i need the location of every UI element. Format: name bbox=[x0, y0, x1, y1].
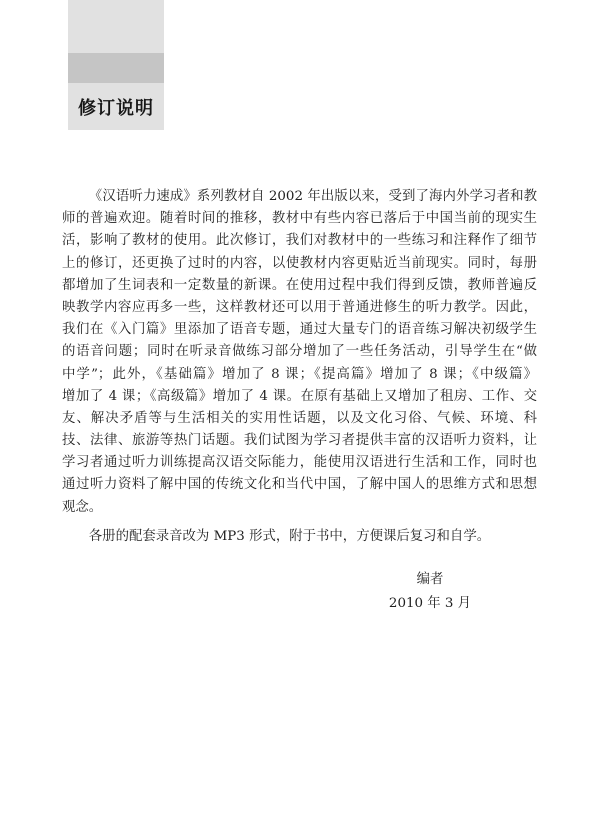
paragraph-line: 活，影响了教材的使用。此次修订，我们对教材中的一些练习和注释作了细节 bbox=[62, 230, 537, 252]
paragraph-line: 观念。 bbox=[62, 497, 537, 519]
paragraph-line: 中学”；此外，《基础篇》增加了 8 课；《提高篇》增加了 8 课；《中级篇》 bbox=[62, 364, 537, 386]
author-signature: 编者 bbox=[360, 568, 500, 592]
paragraph-line: 都增加了生词表和一定数量的新课。在使用过程中我们得到反馈，教师普遍反 bbox=[62, 275, 537, 297]
paragraph-line: 学习者通过听力训练提高汉语交际能力，能使用汉语进行生活和工作，同时也 bbox=[62, 452, 537, 474]
paragraph-line: 友、解决矛盾等与生活相关的实用性话题，以及文化习俗、气候、环境、科 bbox=[62, 408, 537, 430]
preface-text: 《汉语听力速成》系列教材自 2002 年出版以来，受到了海内外学习者和教 师的普… bbox=[62, 186, 537, 616]
signature-block: 编者 2010 年 3 月 bbox=[360, 568, 500, 616]
chapter-header-block: 修订说明 bbox=[68, 0, 164, 130]
header-block-dark-band bbox=[68, 53, 164, 83]
paragraph-line: 我们在《入门篇》里添加了语音专题，通过大量专门的语音练习解决初级学生 bbox=[62, 319, 537, 341]
paragraph-line: 增加了 4 课；《高级篇》增加了 4 课。在原有基础上又增加了租房、工作、交 bbox=[62, 386, 537, 408]
publication-date: 2010 年 3 月 bbox=[360, 592, 500, 616]
book-page: 修订说明 《汉语听力速成》系列教材自 2002 年出版以来，受到了海内外学习者和… bbox=[0, 0, 600, 836]
header-block-light-top bbox=[68, 0, 164, 53]
paragraph-line: 师的普遍欢迎。随着时间的推移，教材中有些内容已落后于中国当前的现实生 bbox=[62, 208, 537, 230]
paragraph-line: 上的修订，还更换了过时的内容，以使教材内容更贴近当前现实。同时，每册 bbox=[62, 253, 537, 275]
page-title: 修订说明 bbox=[78, 94, 154, 120]
paragraph-line: 技、法律、旅游等热门话题。我们试图为学习者提供丰富的汉语听力资料，让 bbox=[62, 430, 537, 452]
paragraph-line: 通过听力资料了解中国的传统文化和当代中国，了解中国人的思维方式和思想 bbox=[62, 474, 537, 496]
paragraph-line: 的语音问题；同时在听录音做练习部分增加了一些任务活动，引导学生在“做 bbox=[62, 341, 537, 363]
paragraph-line: 《汉语听力速成》系列教材自 2002 年出版以来，受到了海内外学习者和教 bbox=[62, 186, 537, 208]
paragraph-line: 映教学内容应再多一些，这样教材还可以用于普通进修生的听力教学。因此， bbox=[62, 297, 537, 319]
closing-paragraph: 各册的配套录音改为 MP3 形式，附于书中，方便课后复习和自学。 bbox=[62, 526, 537, 548]
header-block-title-area: 修订说明 bbox=[68, 83, 164, 130]
